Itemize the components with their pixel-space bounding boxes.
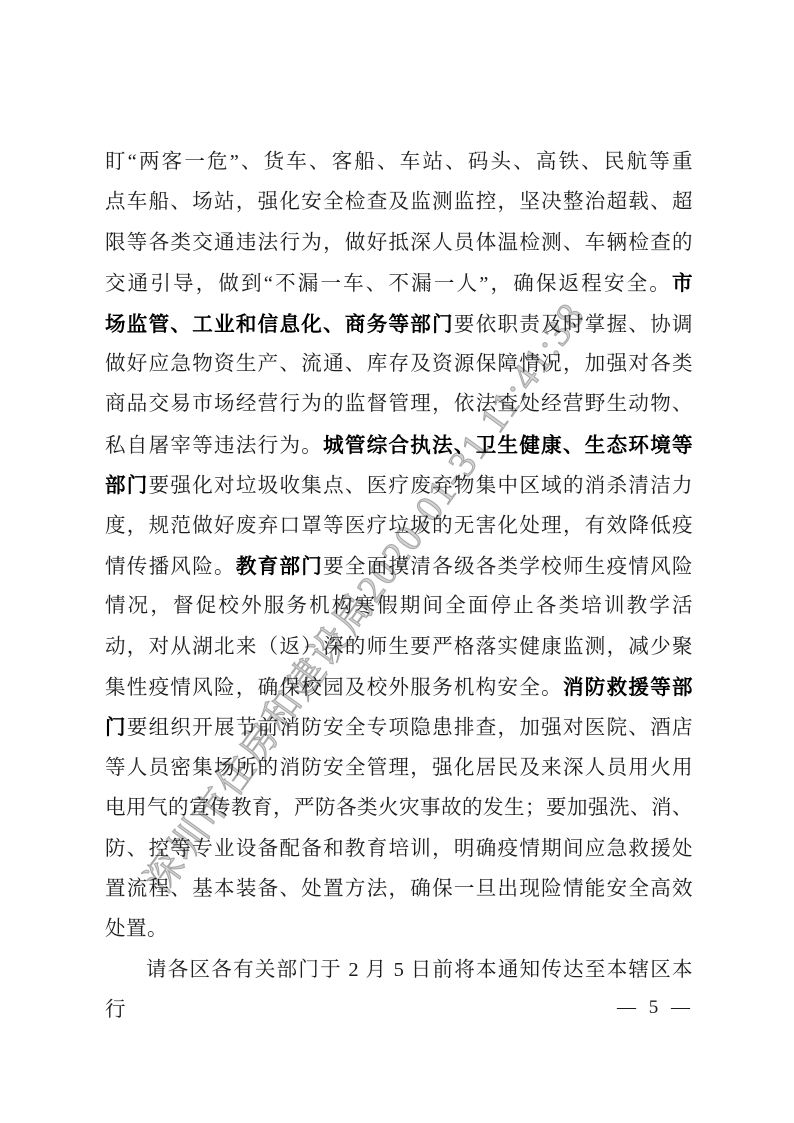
- text-segment: 情况，督促校外服务机构寒假期间全面停止各类培训教学活: [105, 595, 693, 617]
- text-line: 情况，督促校外服务机构寒假期间全面停止各类培训教学活: [105, 586, 693, 626]
- text-line: 度，规范做好废弃口罩等医疗垃圾的无害化处理，有效降低疫: [105, 506, 693, 546]
- text-line: 场监管、工业和信息化、商务等部门要依职责及时掌握、协调: [105, 304, 693, 344]
- text-line: 请各区各有关部门于 2 月 5 日前将本通知传达至本辖区本行: [105, 950, 693, 990]
- text-line: 点车船、场站，强化安全检查及监测监控，坚决整治超载、超: [105, 182, 693, 222]
- text-segment: 要强化对垃圾收集点、医疗废弃物集中区域的消杀清洁力: [149, 475, 693, 497]
- text-line: 情传播风险。教育部门要全面摸清各级各类学校师生疫情风险: [105, 546, 693, 586]
- text-segment: 私自屠宰等违法行为。: [105, 435, 323, 457]
- text-line: 交通引导，做到“不漏一车、不漏一人”，确保返程安全。市: [105, 263, 693, 303]
- text-segment: 做好应急物资生产、流通、库存及资源保障情况，加强对各类: [105, 353, 693, 375]
- text-line: 置流程、基本装备、处置方法，确保一旦出现险情能安全高效: [105, 869, 693, 909]
- text-line: 集性疫情风险，确保校园及校外服务机构安全。消防救援等部: [105, 667, 693, 707]
- text-segment-bold: 市: [672, 271, 693, 295]
- text-line: 部门要强化对垃圾收集点、医疗废弃物集中区域的消杀清洁力: [105, 465, 693, 505]
- text-segment: 盯“两客一危”、货车、客船、车站、码头、高铁、民航等重: [105, 151, 693, 173]
- text-segment: 动，对从湖北来（返）深的师生要严格落实健康监测，减少聚: [105, 636, 693, 658]
- text-line: 做好应急物资生产、流通、库存及资源保障情况，加强对各类: [105, 344, 693, 384]
- text-segment-bold: 消防救援等部: [563, 675, 693, 699]
- text-segment: 要全面摸清各级各类学校师生疫情风险: [323, 556, 693, 578]
- text-line: 限等各类交通违法行为，做好抵深人员体温检测、车辆检查的: [105, 223, 693, 263]
- text-line: 防、控等专业设备配备和教育培训，明确疫情期间应急救援处: [105, 829, 693, 869]
- text-segment: 交通引导，做到“不漏一车、不漏一人”，确保返程安全。: [105, 273, 672, 295]
- text-segment: 置流程、基本装备、处置方法，确保一旦出现险情能安全高效: [105, 878, 693, 900]
- text-segment-bold: 场监管、工业和信息化、商务等部门: [105, 312, 454, 336]
- text-line: 处置。: [105, 909, 693, 949]
- text-segment: 处置。: [105, 918, 168, 940]
- text-segment-bold: 门: [105, 715, 127, 739]
- text-segment: 等人员密集场所的消防安全管理，强化居民及来深人员用火用: [105, 757, 693, 779]
- document-body: 盯“两客一危”、货车、客船、车站、码头、高铁、民航等重点车船、场站，强化安全检查…: [105, 142, 693, 990]
- text-line: 动，对从湖北来（返）深的师生要严格落实健康监测，减少聚: [105, 627, 693, 667]
- text-segment-bold: 教育部门: [236, 554, 323, 578]
- page-number: — 5 —: [617, 997, 694, 1019]
- text-segment: 集性疫情风险，确保校园及校外服务机构安全。: [105, 677, 563, 699]
- text-segment-bold: 部门: [105, 473, 149, 497]
- text-segment: 度，规范做好废弃口罩等医疗垃圾的无害化处理，有效降低疫: [105, 515, 693, 537]
- text-segment: 要组织开展节前消防安全专项隐患排查，加强对医院、酒店: [127, 717, 693, 739]
- text-segment-bold: 城管综合执法、卫生健康、生态环境等: [323, 433, 693, 457]
- text-line: 门要组织开展节前消防安全专项隐患排查，加强对医院、酒店: [105, 707, 693, 747]
- text-segment: 情传播风险。: [105, 556, 236, 578]
- text-segment: 请各区各有关部门于 2 月 5 日前将本通知传达至本辖区本行: [105, 959, 693, 1021]
- text-line: 商品交易市场经营行为的监督管理，依法查处经营野生动物、: [105, 384, 693, 424]
- text-line: 电用气的宣传教育，严防各类火灾事故的发生；要加强洗、消、: [105, 788, 693, 828]
- text-segment: 要依职责及时掌握、协调: [454, 314, 693, 336]
- text-line: 盯“两客一危”、货车、客船、车站、码头、高铁、民航等重: [105, 142, 693, 182]
- text-segment: 商品交易市场经营行为的监督管理，依法查处经营野生动物、: [105, 393, 693, 415]
- text-segment: 电用气的宣传教育，严防各类火灾事故的发生；要加强洗、消、: [105, 797, 693, 819]
- text-segment: 限等各类交通违法行为，做好抵深人员体温检测、车辆检查的: [105, 232, 693, 254]
- text-line: 等人员密集场所的消防安全管理，强化居民及来深人员用火用: [105, 748, 693, 788]
- text-segment: 防、控等专业设备配备和教育培训，明确疫情期间应急救援处: [105, 838, 693, 860]
- text-segment: 点车船、场站，强化安全检查及监测监控，坚决整治超载、超: [105, 191, 693, 213]
- text-line: 私自屠宰等违法行为。城管综合执法、卫生健康、生态环境等: [105, 425, 693, 465]
- document-page: 深圳市住房和建设局2020-01-31 11:41:38 盯“两客一危”、货车、…: [0, 0, 794, 1123]
